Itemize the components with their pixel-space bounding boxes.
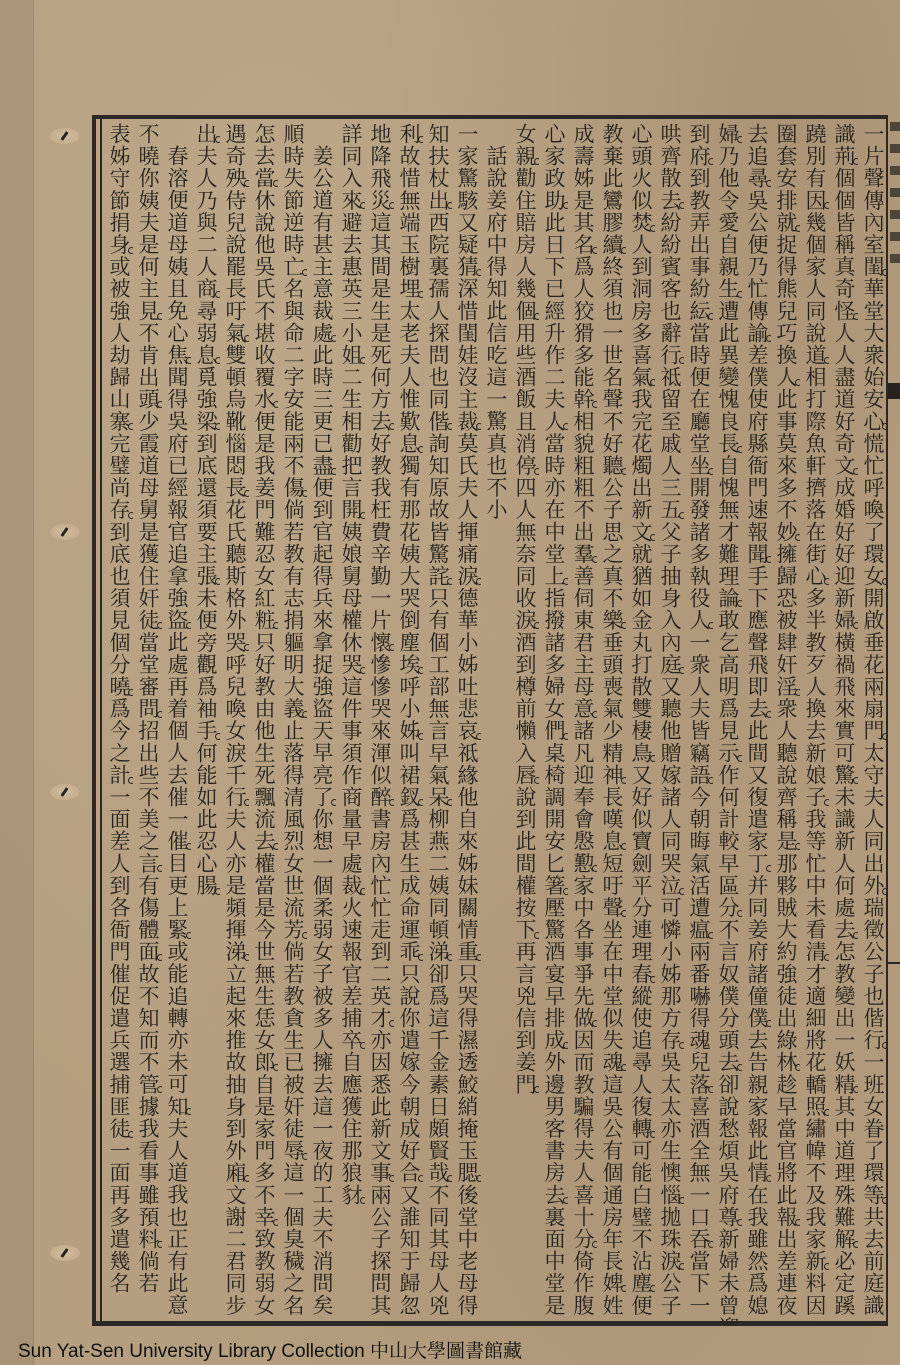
binding-thread-mark bbox=[50, 1245, 80, 1261]
text-column-16: 知扶杖出西院裏孺人探問也同偕詢知原故皆驚詫只有個工部無言早氣呆柳燕二姨同頓涕卻爲… bbox=[423, 123, 452, 1321]
text-body: 一片聲傳內室閨華堂大衆始安心慌忙呼喚了環女開啟垂花兩扇門太守夫人同出外瑞徵公子也… bbox=[104, 123, 887, 1321]
prose-column-14: 話說姜府中得知此信吃這一驚真也不小 bbox=[481, 123, 510, 1321]
text-column-2: 識荊個個皆稱真奇怪人人盡道好奇文成婚好好迎新婦橫禍飛來實可驚未識新人何處去怎教變… bbox=[829, 123, 858, 1321]
frame-border-left-inner bbox=[100, 119, 102, 1321]
text-column-3: 蹺別有因幾個家人同說道相打際魚軒擠落在街心多半教歹人換去新娘子我等忙中未看清才適… bbox=[800, 123, 829, 1321]
prose-column-25: 春溶便道母姨且免心焦聞得吳府已經報官追拿強盜此處再着個人去催一催目更上緊或能追轉… bbox=[162, 123, 191, 1321]
text-column-27: 表姊守節捐身或被強人劫歸山寨完璧尚存到底也須見個分曉爲今之計一面差人到各衙門催促… bbox=[104, 123, 133, 1321]
text-column-11: 成壽姊是其名爲人狡猾多能幹相貌粗粗不出羣善伺東君主母意諸凡迎奉會慇懃家中各事爭先… bbox=[568, 123, 597, 1321]
text-column-5: 去追尋吳公便乃忙傳諭差僕使府縣衙門速報聞手下應聲飛即去此間又復遣家丁并同姜府諸僮… bbox=[742, 123, 771, 1321]
binding-thread-mark bbox=[50, 784, 80, 800]
text-column-21: 順時失節逆時亡名與命二字安能兩不傷倘若教有志捐軀明大義止落得清風烈女世流芳倘若教… bbox=[278, 123, 307, 1321]
library-collection-caption: Sun Yat-Sen University Library Collectio… bbox=[18, 1336, 522, 1363]
binding-edge-strip bbox=[0, 0, 34, 1365]
text-column-23: 遇奇殃侍兒說罷長吁氣雙頓烏靴惱悶長花氏聽斯格外哭呼兒喚女淚千行夫人亦是頻揮涕立起… bbox=[220, 123, 249, 1321]
center-fold-title-fragment bbox=[890, 122, 900, 272]
text-column-17: 利故惜無端玉樹埋太老夫人惟歎息獨有那花姨大哭倒塵埃呼小姊叫裙釵爲甚生成命運乖只說… bbox=[394, 123, 423, 1321]
text-column-19: 詳同入來避去惠英三小姐二生相勸把言開姨娘舅母權休哭這件事須作商量早處裁火速報官差… bbox=[336, 123, 365, 1321]
prose-column-20: 姜公道有甚主意裁處此時三更已盡便到官起得兵來拿捉強盜天早亮了你想一個柔弱女子被多… bbox=[307, 123, 336, 1321]
fish-tail-mark bbox=[888, 383, 900, 399]
text-column-8: 哄齊散去紛紛賓客也辭行祗留至戚人三五父子抽身入內庭又聽他贈嫁諸人同哭泣可憐小姊那… bbox=[655, 123, 684, 1321]
text-column-6: 婦乃他令愛自親生遭此異變愧良長自愧無才難理論敢乞高明爲見示作何計較早區分不言奴僕… bbox=[713, 123, 742, 1321]
text-column-13: 女親勸住賠房人幾個用些酒飯且消停四人無奈同收淚酒到樽前懶入唇說到此間權按下再言兇… bbox=[510, 123, 539, 1321]
center-fold-rule bbox=[888, 962, 900, 964]
text-column-24: 出夫人乃與二人商尋弱息覓強梁到底還須要主張未便旁觀爲袖手何能如此忍心腸 bbox=[191, 123, 220, 1321]
text-column-22: 怎去當休說他吳氏不堪收覆水便是我姜門難忍女紅粧只好教由他生死飄流去權當是今世無生… bbox=[249, 123, 278, 1321]
scanned-book-page: 一片聲傳內室閨華堂大衆始安心慌忙呼喚了環女開啟垂花兩扇門太守夫人同出外瑞徵公子也… bbox=[0, 0, 900, 1365]
text-column-10: 教棄此鸞膠續終須也一世名聲不好聽公子思之真不樂垂頭喪氣少精神長嘆息短吁聲坐在中堂… bbox=[597, 123, 626, 1321]
frame-border-left-outer bbox=[92, 115, 96, 1326]
binding-thread-mark bbox=[50, 524, 80, 540]
text-column-26: 不曉你姨夫是何主見不肯出頭少霞道母舅是獲住奸徒當堂審問招出些不美之言有傷體面故不… bbox=[133, 123, 162, 1321]
text-column-12: 心家政助此日下已經升作二夫人當時亦在中堂上指撥諸多婦女們桌椅調開安匕箸壓驚酒宴早… bbox=[539, 123, 568, 1321]
text-column-18: 地降飛災這其間是生是死何方去好教我枉費辛勤一片懷慘慘哭來渾似醉書房內忙忙走到二英… bbox=[365, 123, 394, 1321]
frame-border-bottom bbox=[92, 1321, 888, 1326]
text-column-4: 圈套安排就捉得熊兒巧換人此事莫來多不妙擁歸恐被肆奸淫衆人聽說齊稱是那夥賊大約強徒… bbox=[771, 123, 800, 1321]
text-column-15: 一家驚駭又疑猜深惜閨娃沒主裁莫氏夫人揮痛淚德華小姊吐悲哀祗緣他自來姊妹關情重只哭… bbox=[452, 123, 481, 1321]
binding-thread-mark bbox=[50, 128, 80, 144]
text-column-1: 一片聲傳內室閨華堂大衆始安心慌忙呼喚了環女開啟垂花兩扇門太守夫人同出外瑞徵公子也… bbox=[858, 123, 887, 1321]
frame-border-top bbox=[92, 115, 888, 119]
text-column-9: 心頭火似焚人到洞房多喜氣我完花燭出新文就猶如金丸打散雙棲鳥又好似寶劍平分連理春縱… bbox=[626, 123, 655, 1321]
text-column-7: 到府到教弄出事紛紜當時便在廳堂坐開發諸多執役人一衆人夫皆竊語今朝晦氣活遭瘟兩番嚇… bbox=[684, 123, 713, 1321]
